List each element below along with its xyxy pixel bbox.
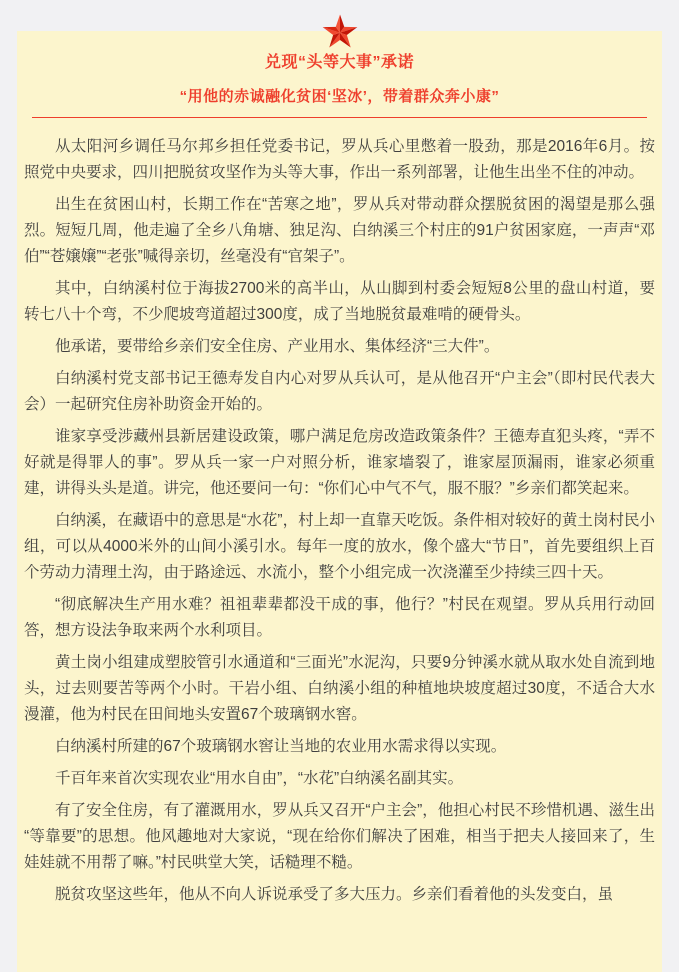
page-background: { "colors": { "accent": "#ee3e2c", "page… bbox=[0, 0, 679, 972]
article-paragraph: 白纳溪，在藏语中的意思是“水花”，村上却一直靠天吃饭。条件相对较好的黄土岗村民小… bbox=[24, 508, 655, 586]
article-paragraph: 其中，白纳溪村位于海拔2700米的高半山，从山脚到村委会短短8公里的盘山村道，要… bbox=[24, 276, 655, 328]
article-paragraph: 脱贫攻坚这些年，他从不向人诉说承受了多大压力。乡亲们看着他的头发变白，虽 bbox=[24, 882, 655, 908]
article-paragraph: 千百年来首次实现农业“用水自由”，“水花”白纳溪名副其实。 bbox=[24, 766, 655, 792]
article-paragraph: 出生在贫困山村，长期工作在“苦寒之地”，罗从兵对带动群众摆脱贫困的渴望是那么强烈… bbox=[24, 192, 655, 270]
article-paragraph: 从太阳河乡调任马尔邦乡担任党委书记，罗从兵心里憋着一股劲，那是2016年6月。按… bbox=[24, 134, 655, 186]
article-card: 兑现“头等大事”承诺 “用他的赤诚融化贫困‘坚冰’，带着群众奔小康” 从太阳河乡… bbox=[17, 31, 662, 972]
article-paragraph: 谁家享受涉藏州县新居建设政策，哪户满足危房改造政策条件？王德寿直犯头疼，“弄不好… bbox=[24, 424, 655, 502]
article-paragraph: 黄土岗小组建成塑胶管引水通道和“三面光”水泥沟，只要9分钟溪水就从取水处自流到地… bbox=[24, 650, 655, 728]
article-body: 从太阳河乡调任马尔邦乡担任党委书记，罗从兵心里憋着一股劲，那是2016年6月。按… bbox=[24, 127, 655, 908]
article-paragraph: “彻底解决生产用水难？祖祖辈辈都没干成的事，他行？”村民在观望。罗从兵用行动回答… bbox=[24, 592, 655, 644]
title-divider bbox=[32, 117, 647, 118]
article-paragraph: 有了安全住房，有了灌溉用水，罗从兵又召开“户主会”，他担心村民不珍惜机遇、滋生出… bbox=[24, 798, 655, 876]
article-title: 兑现“头等大事”承诺 bbox=[24, 53, 655, 73]
article-subtitle: “用他的赤诚融化贫困‘坚冰’，带着群众奔小康” bbox=[24, 87, 655, 107]
red-star-icon bbox=[321, 12, 359, 52]
article-paragraph: 白纳溪村党支部书记王德寿发自内心对罗从兵认可，是从他召开“户主会”（即村民代表大… bbox=[24, 366, 655, 418]
article-paragraph: 白纳溪村所建的67个玻璃钢水窖让当地的农业用水需求得以实现。 bbox=[24, 734, 655, 760]
article-paragraph: 他承诺，要带给乡亲们安全住房、产业用水、集体经济“三大件”。 bbox=[24, 334, 655, 360]
